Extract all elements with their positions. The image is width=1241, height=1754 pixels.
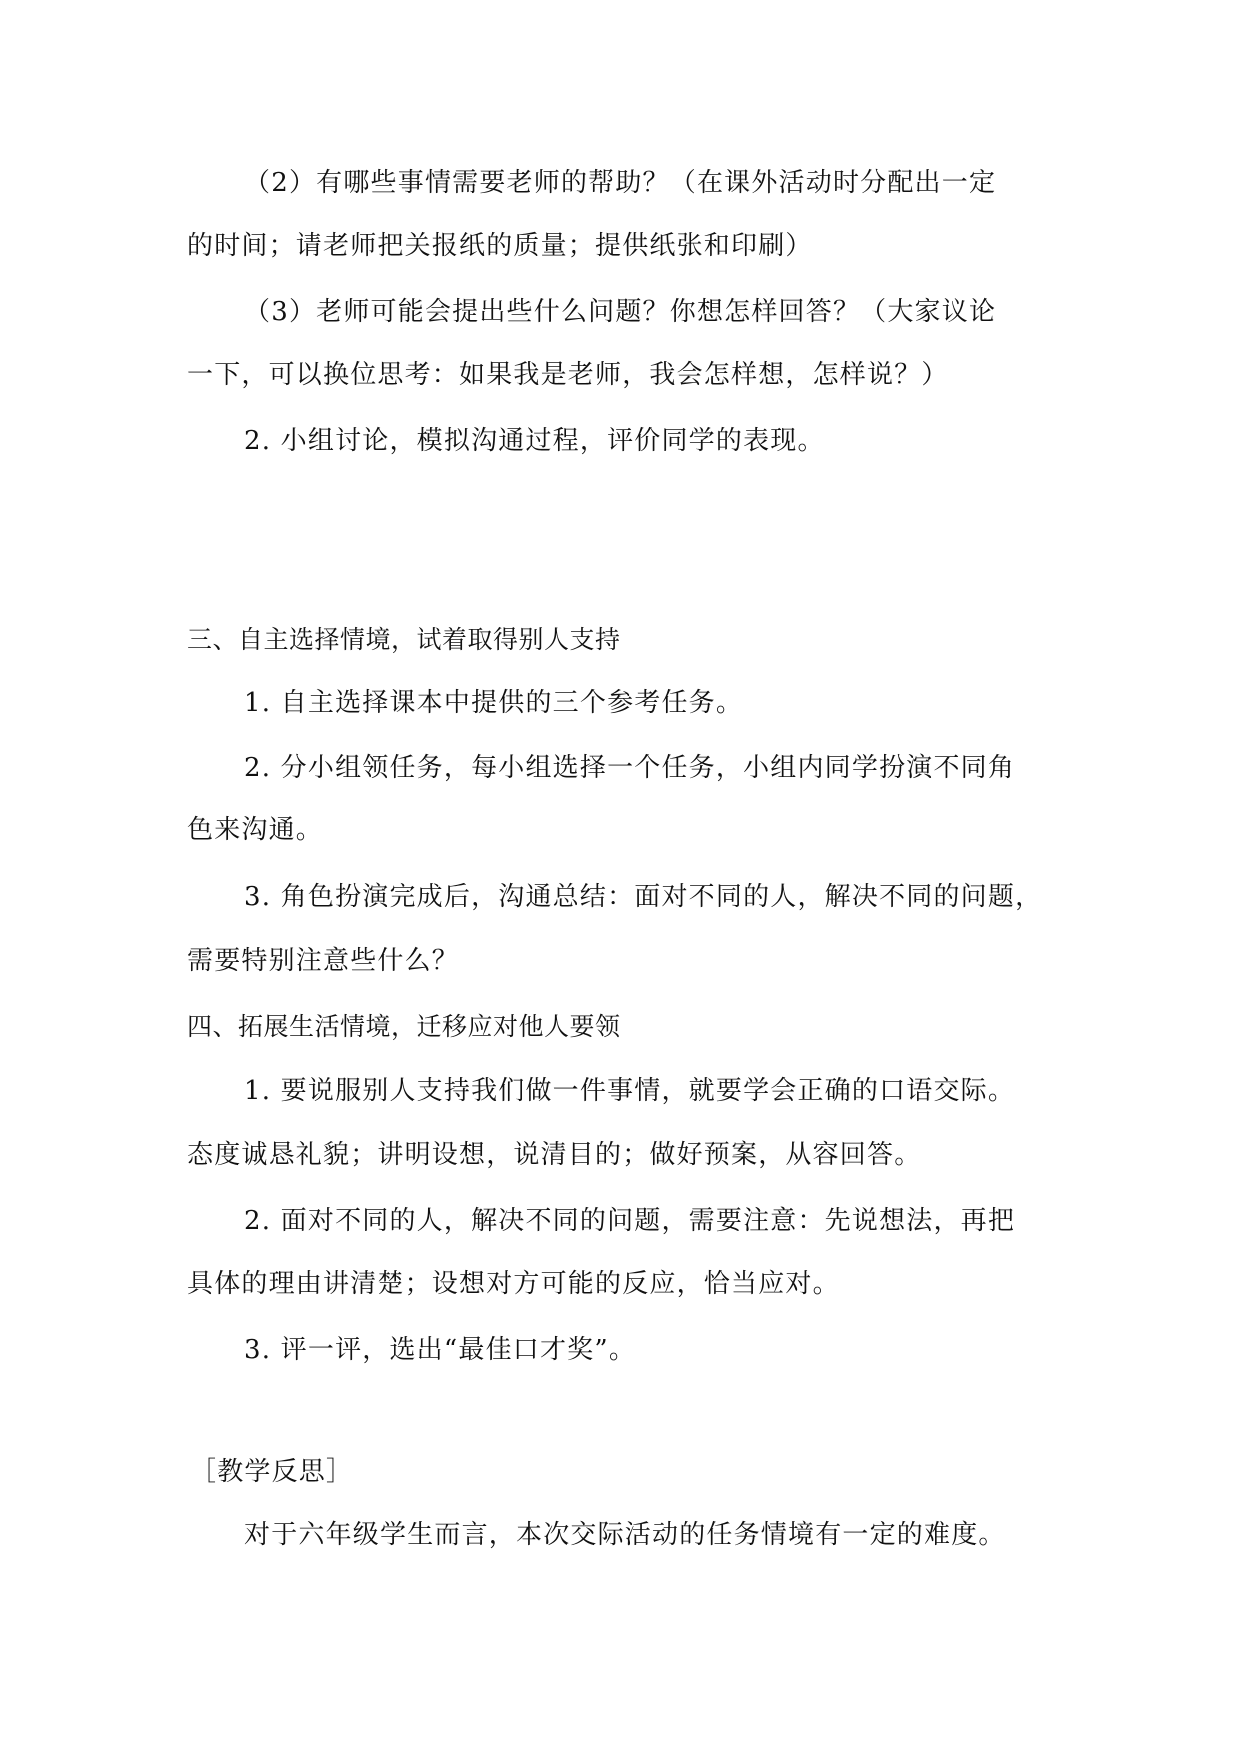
section-3-item-2-continuation: 色来沟通。 xyxy=(187,813,1057,847)
document-page: （2）有哪些事情需要老师的帮助？（在课外活动时分配出一定 的时间；请老师把关报纸… xyxy=(0,0,1241,1754)
section-4-item-2: 2. 面对不同的人，解决不同的问题，需要注意：先说想法，再把 xyxy=(244,1204,1114,1238)
section-3-item-3-continuation: 需要特别注意些什么？ xyxy=(187,944,1057,978)
section-heading-3: 三、自主选择情境，试着取得别人支持 xyxy=(187,623,1057,657)
section-heading-4: 四、拓展生活情境，迁移应对他人要领 xyxy=(187,1010,1057,1044)
section-4-item-3: 3. 评一评，选出“最佳口才奖”。 xyxy=(244,1333,1114,1367)
paragraph-group-discussion: 2. 小组讨论，模拟沟通过程，评价同学的表现。 xyxy=(244,424,1114,458)
section-4-item-2-continuation: 具体的理由讲清楚；设想对方可能的反应，恰当应对。 xyxy=(187,1267,1057,1301)
paragraph-item-3-continuation: 一下，可以换位思考：如果我是老师，我会怎样想，怎样说？） xyxy=(187,358,1057,392)
section-3-item-2: 2. 分小组领任务，每小组选择一个任务，小组内同学扮演不同角 xyxy=(244,751,1114,785)
teaching-reflection-paragraph: 对于六年级学生而言，本次交际活动的任务情境有一定的难度。 xyxy=(244,1518,1114,1552)
paragraph-item-2-question: （2）有哪些事情需要老师的帮助？（在课外活动时分配出一定 xyxy=(244,166,1114,200)
teaching-reflection-heading: ［教学反思］ xyxy=(190,1455,1060,1489)
paragraph-item-2-continuation: 的时间；请老师把关报纸的质量；提供纸张和印刷） xyxy=(187,229,1057,263)
paragraph-item-3-question: （3）老师可能会提出些什么问题？你想怎样回答？（大家议论 xyxy=(244,295,1114,329)
section-3-item-1: 1. 自主选择课本中提供的三个参考任务。 xyxy=(244,686,1114,720)
section-3-item-3: 3. 角色扮演完成后，沟通总结：面对不同的人，解决不同的问题， xyxy=(244,880,1114,914)
section-4-item-1: 1. 要说服别人支持我们做一件事情，就要学会正确的口语交际。 xyxy=(244,1074,1114,1108)
section-4-item-1-continuation: 态度诚恳礼貌；讲明设想，说清目的；做好预案，从容回答。 xyxy=(187,1138,1057,1172)
